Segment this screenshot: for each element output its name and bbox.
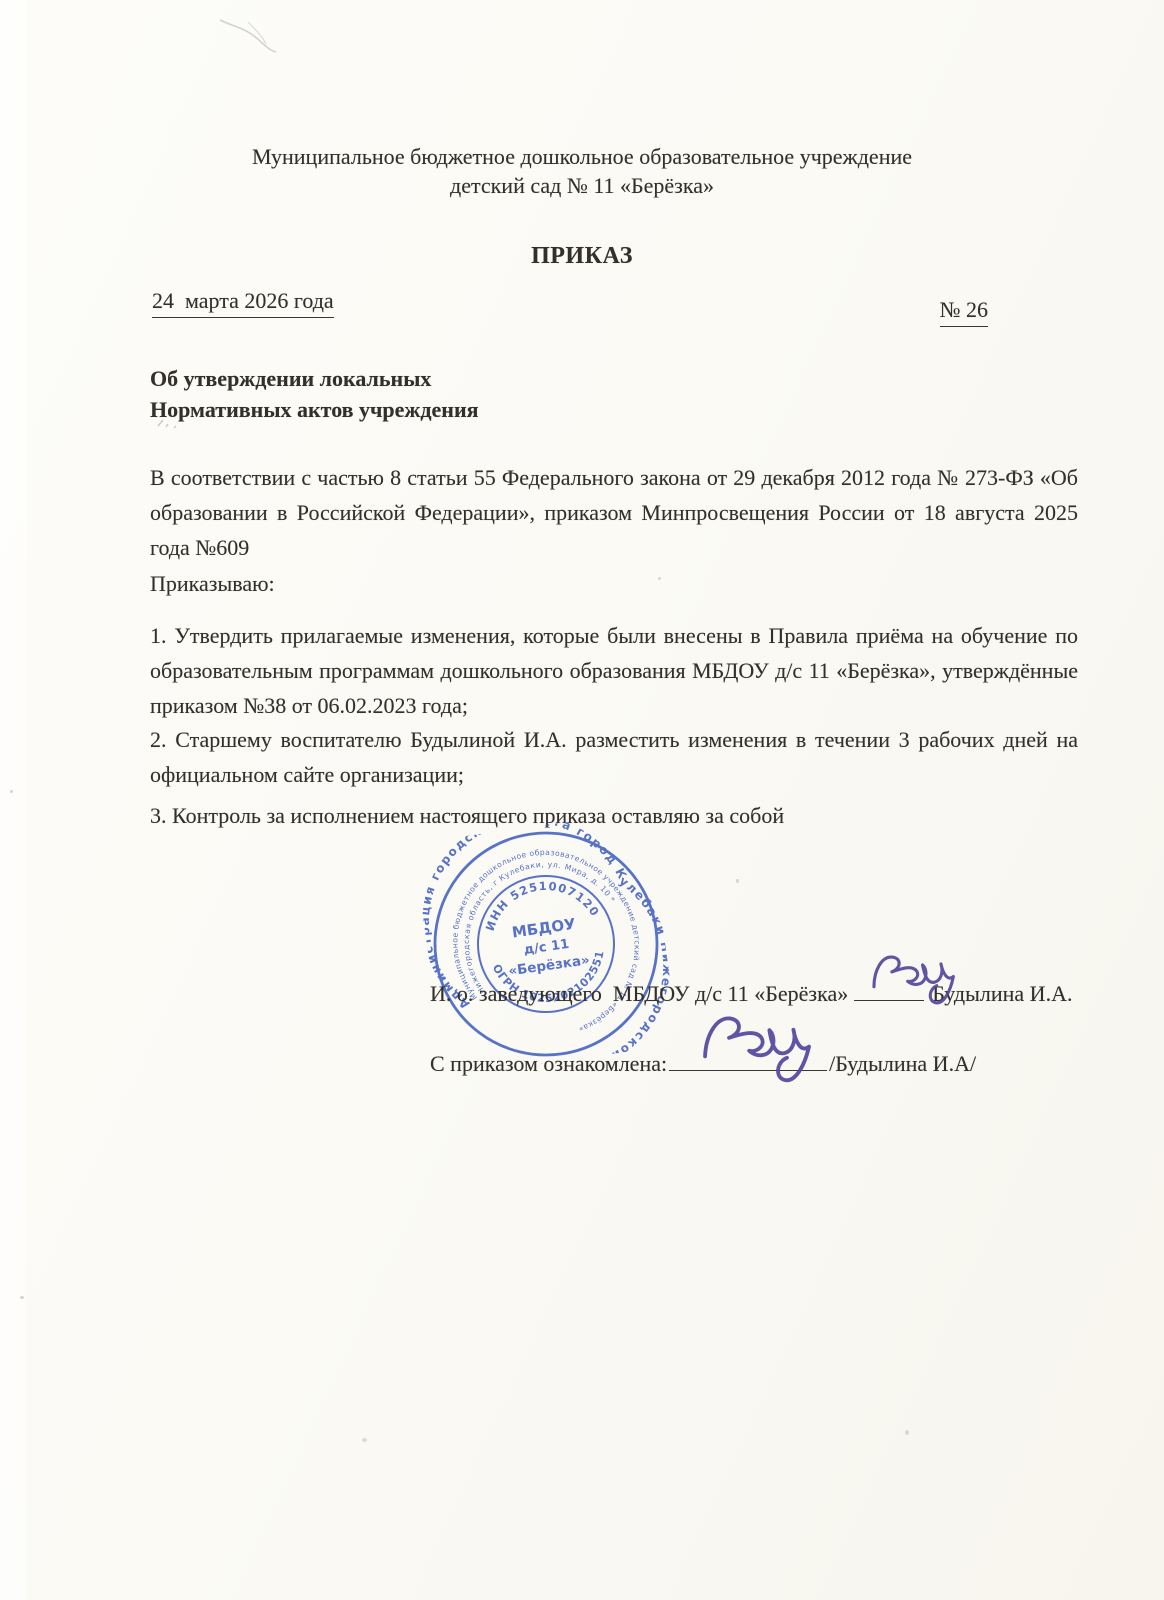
order-number: № 26 [940, 297, 989, 327]
stamp-center-line3: «Берёзка» [507, 952, 590, 979]
order-subject-line1: Об утверждении локальных [150, 363, 479, 394]
signature-line2-name: /Будылина И.А/ [829, 1051, 976, 1076]
scanned-order-document: Муниципальное бюджетное дошкольное образ… [0, 0, 1164, 1600]
document-title: ПРИКАЗ [0, 243, 1164, 270]
order-item-1: 1. Утвердить прилагаемые изменения, кото… [150, 618, 1078, 723]
order-subject-line2: Нормативных актов учреждения [150, 394, 479, 425]
date-number-row: 24 марта 2026 года № 26 [152, 288, 988, 318]
scan-speck [20, 1296, 24, 1299]
order-item-2: 2. Старшему воспитателю Будылиной И.А. р… [150, 722, 1078, 792]
order-date: 24 марта 2026 года [152, 288, 334, 318]
scan-speck [905, 1430, 909, 1435]
order-directive: Приказываю: [150, 566, 1078, 601]
official-round-stamp: Администрация городского округа город Ку… [413, 811, 680, 1078]
signature-line2-prefix: С приказом ознакомлена: [430, 1051, 667, 1076]
scan-scratch-mark [214, 12, 284, 58]
order-subject: Об утверждении локальных Нормативных акт… [150, 363, 479, 425]
scan-speck [362, 1438, 367, 1442]
handwritten-signature-2 [687, 996, 823, 1101]
organization-name-line2: детский сад № 11 «Берёзка» [0, 171, 1164, 200]
scan-speck [10, 790, 13, 793]
handwritten-signature-1 [862, 937, 961, 1020]
scan-edge-light [0, 0, 26, 1600]
order-preamble: В соответствии с частью 8 статьи 55 Феде… [150, 460, 1078, 565]
organization-letterhead: Муниципальное бюджетное дошкольное образ… [0, 142, 1164, 200]
organization-name-line1: Муниципальное бюджетное дошкольное образ… [0, 142, 1164, 171]
scan-speck [736, 879, 739, 883]
